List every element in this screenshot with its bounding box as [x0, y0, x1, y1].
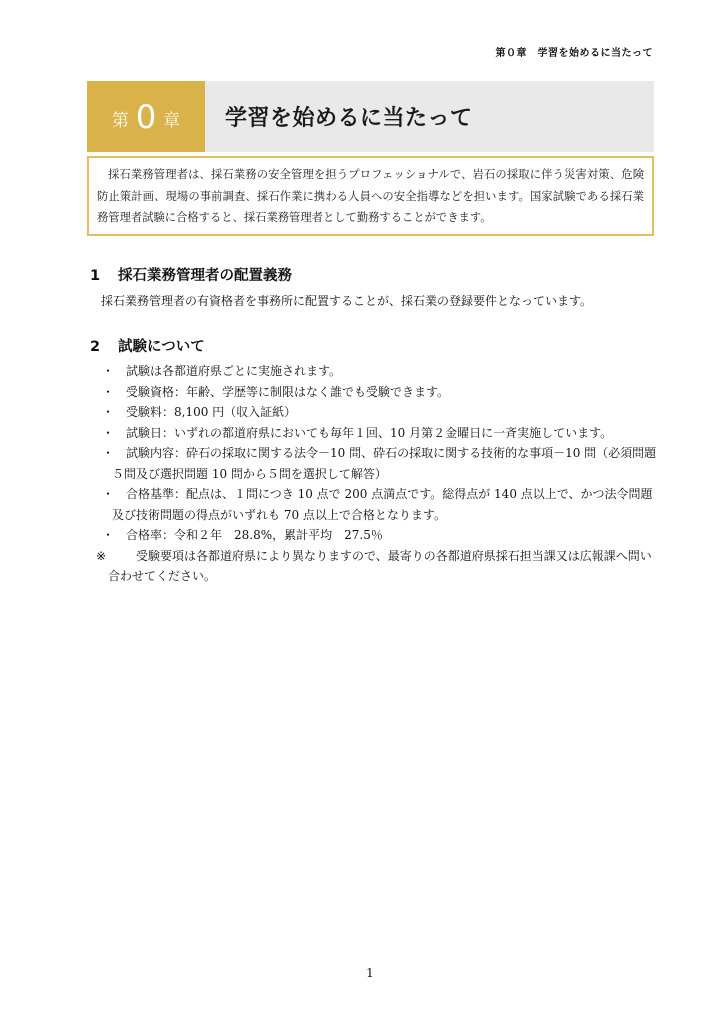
section-2-title: 試験について — [118, 339, 205, 355]
list-item-text: 試験内容：砕石の採取に関する法令－10 問、砕石の採取に関する技術的な事項－10… — [112, 446, 656, 481]
section-1-number: 1 — [90, 268, 118, 284]
section-1-title: 採石業務管理者の配置義務 — [118, 268, 292, 284]
bullet-icon: ・ — [102, 402, 114, 423]
chapter-header-band: 第 0 章 学習を始めるに当たって — [87, 81, 654, 152]
list-item-text: 試験は各都道府県ごとに実施されます。 — [126, 364, 341, 378]
page-number: 1 — [0, 966, 725, 980]
list-item: ・ 受験資格：年齢、学歴等に制限はなく誰でも受験できます。 — [98, 382, 658, 403]
list-item-text: 受験資格：年齢、学歴等に制限はなく誰でも受験できます。 — [126, 385, 449, 399]
intro-box: 採石業務管理者は、採石業務の安全管理を担うプロフェッショナルで、岩石の採取に伴う… — [87, 156, 654, 236]
bullet-icon: ・ — [102, 484, 114, 505]
chapter-title: 学習を始めるに当たって — [205, 81, 473, 152]
intro-text: 採石業務管理者は、採石業務の安全管理を担うプロフェッショナルで、岩石の採取に伴う… — [97, 164, 644, 229]
list-item: ・ 受験料：8,100 円（収入証紙） — [98, 402, 658, 423]
list-item-text: 合格率：令和２年 28.8%，累計平均 27.5％ — [126, 528, 383, 542]
list-item: ・ 試験日：いずれの都道府県においても毎年１回、10 月第２金曜日に一斉実施して… — [98, 423, 658, 444]
chapter-number-box: 第 0 章 — [87, 81, 205, 152]
section-1-heading: 1採石業務管理者の配置義務 — [90, 264, 292, 285]
bullet-icon: ・ — [102, 525, 114, 546]
running-header: 第０章 学習を始めるに当たって — [496, 44, 654, 59]
list-item: ・ 合格基準：配点は、１問につき 10 点で 200 点満点です。総得点が 14… — [98, 484, 658, 525]
list-item-text: 試験日：いずれの都道府県においても毎年１回、10 月第２金曜日に一斉実施していま… — [126, 426, 612, 440]
section-2-heading: 2試験について — [90, 335, 205, 356]
exam-info-list: ・ 試験は各都道府県ごとに実施されます。 ・ 受験資格：年齢、学歴等に制限はなく… — [98, 361, 658, 587]
note-text: 受験要項は各都道府県により異なりますので、最寄りの各都道府県採石担当課又は広報課… — [108, 549, 652, 584]
note-mark-icon: ※ — [96, 546, 106, 567]
bullet-icon: ・ — [102, 382, 114, 403]
list-item-text: 合格基準：配点は、１問につき 10 点で 200 点満点です。総得点が 140 … — [112, 487, 653, 522]
section-2-number: 2 — [90, 339, 118, 355]
note-item: ※ 受験要項は各都道府県により異なりますので、最寄りの各都道府県採石担当課又は広… — [96, 546, 658, 587]
chapter-suffix: 章 — [163, 106, 180, 131]
list-item-text: 受験料：8,100 円（収入証紙） — [126, 405, 296, 419]
bullet-icon: ・ — [102, 443, 114, 464]
chapter-number: 0 — [136, 98, 156, 136]
bullet-icon: ・ — [102, 361, 114, 382]
list-item: ・ 合格率：令和２年 28.8%，累計平均 27.5％ — [98, 525, 658, 546]
list-item: ・ 試験は各都道府県ごとに実施されます。 — [98, 361, 658, 382]
section-1-body: 採石業務管理者の有資格者を事務所に配置することが、採石業の登録要件となっています… — [101, 291, 592, 311]
list-item: ・ 試験内容：砕石の採取に関する法令－10 問、砕石の採取に関する技術的な事項－… — [98, 443, 658, 484]
bullet-icon: ・ — [102, 423, 114, 444]
chapter-prefix: 第 — [112, 106, 129, 131]
